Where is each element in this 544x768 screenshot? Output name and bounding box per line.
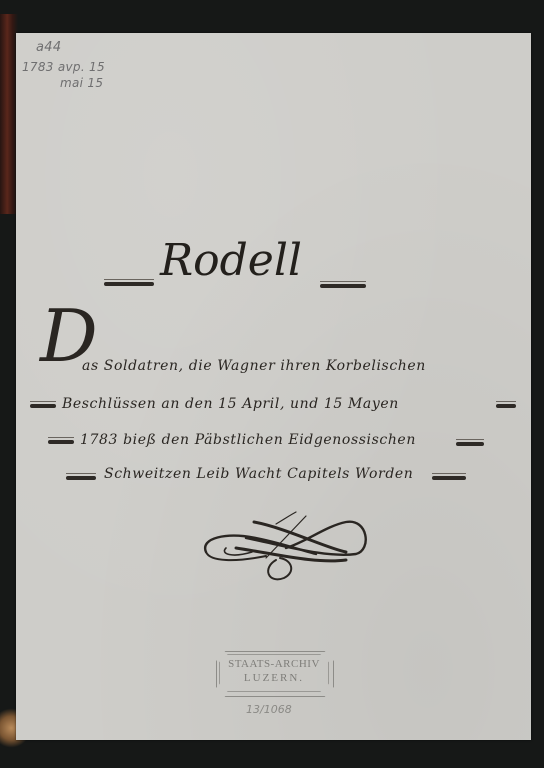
title-block: Rodell [160,228,320,292]
title-dash-left [104,282,154,286]
body-line-3: 1783 bieß den Päbstlichen Eidgenossische… [80,432,416,448]
line-4-dash-left [66,476,96,480]
line-3-dash-right [456,442,484,446]
document-page [16,33,531,740]
pencil-date-line-2: mai 15 [60,76,103,90]
stamp-line-1: STAATS-ARCHIV [216,658,332,670]
document-title: Rodell [160,234,302,288]
flourish-ornament-icon [196,508,372,590]
body-line-2: Beschlüssen an den 15 April, und 15 Maye… [62,396,399,412]
pencil-date-line-1: 1783 avp. 15 [22,60,105,74]
line-2-dash-right [496,404,516,408]
body-line-1: as Soldatren, die Wagner ihren Korbelisc… [82,358,426,374]
line-3-dash-left [48,440,74,444]
line-2-dash-left [30,404,56,408]
stamp-line-2: LUZERN. [216,672,332,684]
archive-number: 13/1068 [246,703,292,716]
line-4-dash-right [432,476,466,480]
body-line-4: Schweitzen Leib Wacht Capitels Worden [104,466,413,482]
pencil-reference: a44 [36,40,61,55]
title-dash-right [320,284,366,288]
